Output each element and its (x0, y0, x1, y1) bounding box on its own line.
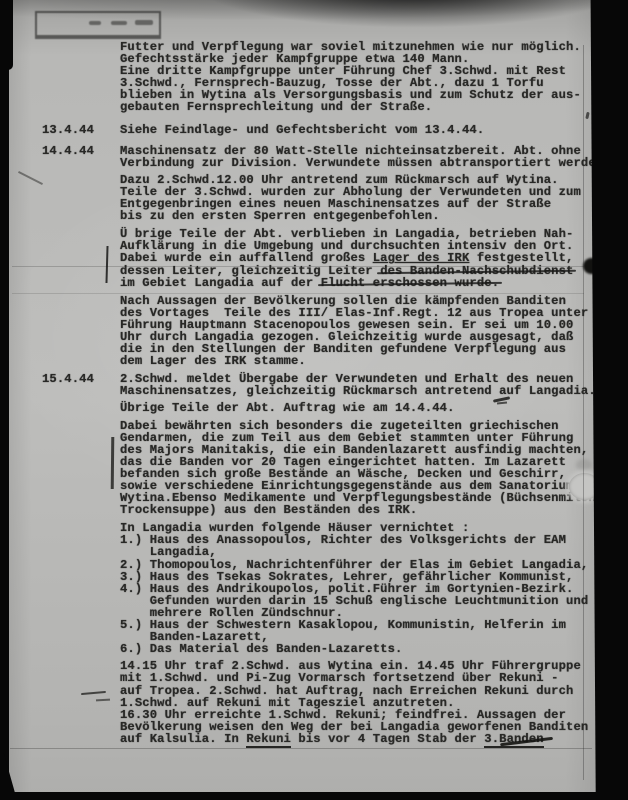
stamp-smudge (111, 21, 127, 25)
paragraph: Ü brige Teile der Abt. verblieben in Lan… (120, 228, 622, 288)
entry-date: 15.4.44 (42, 373, 94, 385)
text-line: mit 1.Schwd. und Pi-Zug Vormarsch fortse… (120, 672, 622, 684)
list-item: 3.) Haus des Tsekas Sokrates, Lehrer, ge… (120, 571, 622, 583)
stamp-smudge (89, 21, 101, 25)
text-line: Übrige Teile der Abt. Auftrag wie am 14.… (120, 402, 622, 414)
paragraph: Übrige Teile der Abt. Auftrag wie am 14.… (120, 402, 622, 414)
underlined-text: Rekuni (246, 732, 291, 748)
paragraph: Dabei bewährten sich besonders die zuget… (120, 420, 622, 517)
page-edge-crease (583, 45, 584, 780)
text-line: Nach Aussagen der Bevölkerung sollen die… (120, 295, 622, 307)
text-line: auf Kalsulia. In Rekuni bis vor 4 Tagen … (120, 733, 622, 745)
scanned-page: Futter und Verpflegung war soviel mitzun… (0, 0, 628, 800)
text-line: des Majors Manitakis, die ein Bandenlaza… (120, 444, 622, 456)
entry-date: 14.4.44 (42, 145, 94, 157)
struck-text: Flucht erschossen wurde. (321, 276, 499, 290)
text-line: im Gebiet Langadia auf der Flucht erscho… (120, 277, 622, 289)
text-line: 1.Schwd. auf Rekuni mit Tagesziel anzutr… (120, 697, 622, 709)
paragraph: Dazu 2.Schwd.12.00 Uhr antretend zum Rüc… (120, 174, 622, 222)
entry-15-4-44: 15.4.44 2.Schwd. meldet Übergabe der Ver… (120, 373, 622, 745)
text-line: Trockensuppe) aus den Beständen des IRK. (120, 504, 622, 516)
text-line: Gendarmen, die zum Teil aus dem Gebiet s… (120, 432, 622, 444)
paragraph: 14.15 Uhr traf 2.Schwd. aus Wytina ein. … (120, 660, 622, 745)
paragraph: Maschinensatz der 80 Watt-Stelle nichtei… (120, 145, 622, 169)
paragraph: Nach Aussagen der Bevölkerung sollen die… (120, 295, 622, 368)
text-line: Verbindung zur Division. Verwundete müss… (120, 157, 622, 169)
paragraph: 2.Schwd. meldet Übergabe der Verwundeten… (120, 373, 622, 397)
list-item: 2.) Thomopoulos, Nachrichtenführer der E… (120, 559, 622, 571)
stamp-smudge (135, 20, 153, 25)
text-line: bis zu den ersten Sperren entgegenbefohl… (120, 210, 622, 222)
text-line: Maschinensatz der 80 Watt-Stelle nichtei… (120, 145, 622, 157)
text-line: gebauten Fernsprechleitung und der Straß… (120, 101, 622, 113)
scan-edge-bottom (0, 792, 628, 800)
entry-13-4-44: 13.4.44 Siehe Feindlage- und Gefechtsber… (120, 124, 622, 136)
intro-paragraph: Futter und Verpflegung war soviel mitzun… (120, 41, 622, 114)
paragraph: Siehe Feindlage- und Gefechtsbericht vom… (120, 124, 622, 136)
text-segment: im Gebiet Langadia auf der (120, 276, 321, 290)
list-item: 6.) Das Material des Banden-Lazaretts. (120, 643, 622, 655)
text-line: Dabei bewährten sich besonders die zuget… (120, 420, 622, 432)
underlined-struck-text: 3.Banden (484, 732, 543, 748)
text-segment: auf Kalsulia. In (120, 732, 246, 746)
scan-edge-left (0, 0, 9, 800)
text-line: dem Lager des IRK stamme. (120, 355, 622, 367)
text-line: auf Tropea. 2.Schwd. hat Auftrag, nach E… (120, 685, 622, 697)
text-line: Siehe Feindlage- und Gefechtsbericht vom… (120, 124, 622, 136)
document-content: Futter und Verpflegung war soviel mitzun… (120, 41, 622, 751)
text-line: 16.30 Uhr erreichte 1.Schwd. Rekuni; fei… (120, 709, 622, 721)
list-item: Langadia, (120, 546, 622, 558)
faded-stamp (35, 11, 161, 39)
text-segment: bis vor 4 Tagen Stab der (291, 732, 484, 746)
destroyed-houses-list: In Langadia wurden folgende Häuser verni… (120, 522, 622, 655)
entry-14-4-44: 14.4.44 Maschinensatz der 80 Watt-Stelle… (120, 145, 622, 368)
text-line: Maschinensatzes, gleichzeitig Rückmarsch… (120, 385, 622, 397)
scan-edge-left-top (0, 0, 13, 70)
entry-date: 13.4.44 (42, 124, 94, 136)
